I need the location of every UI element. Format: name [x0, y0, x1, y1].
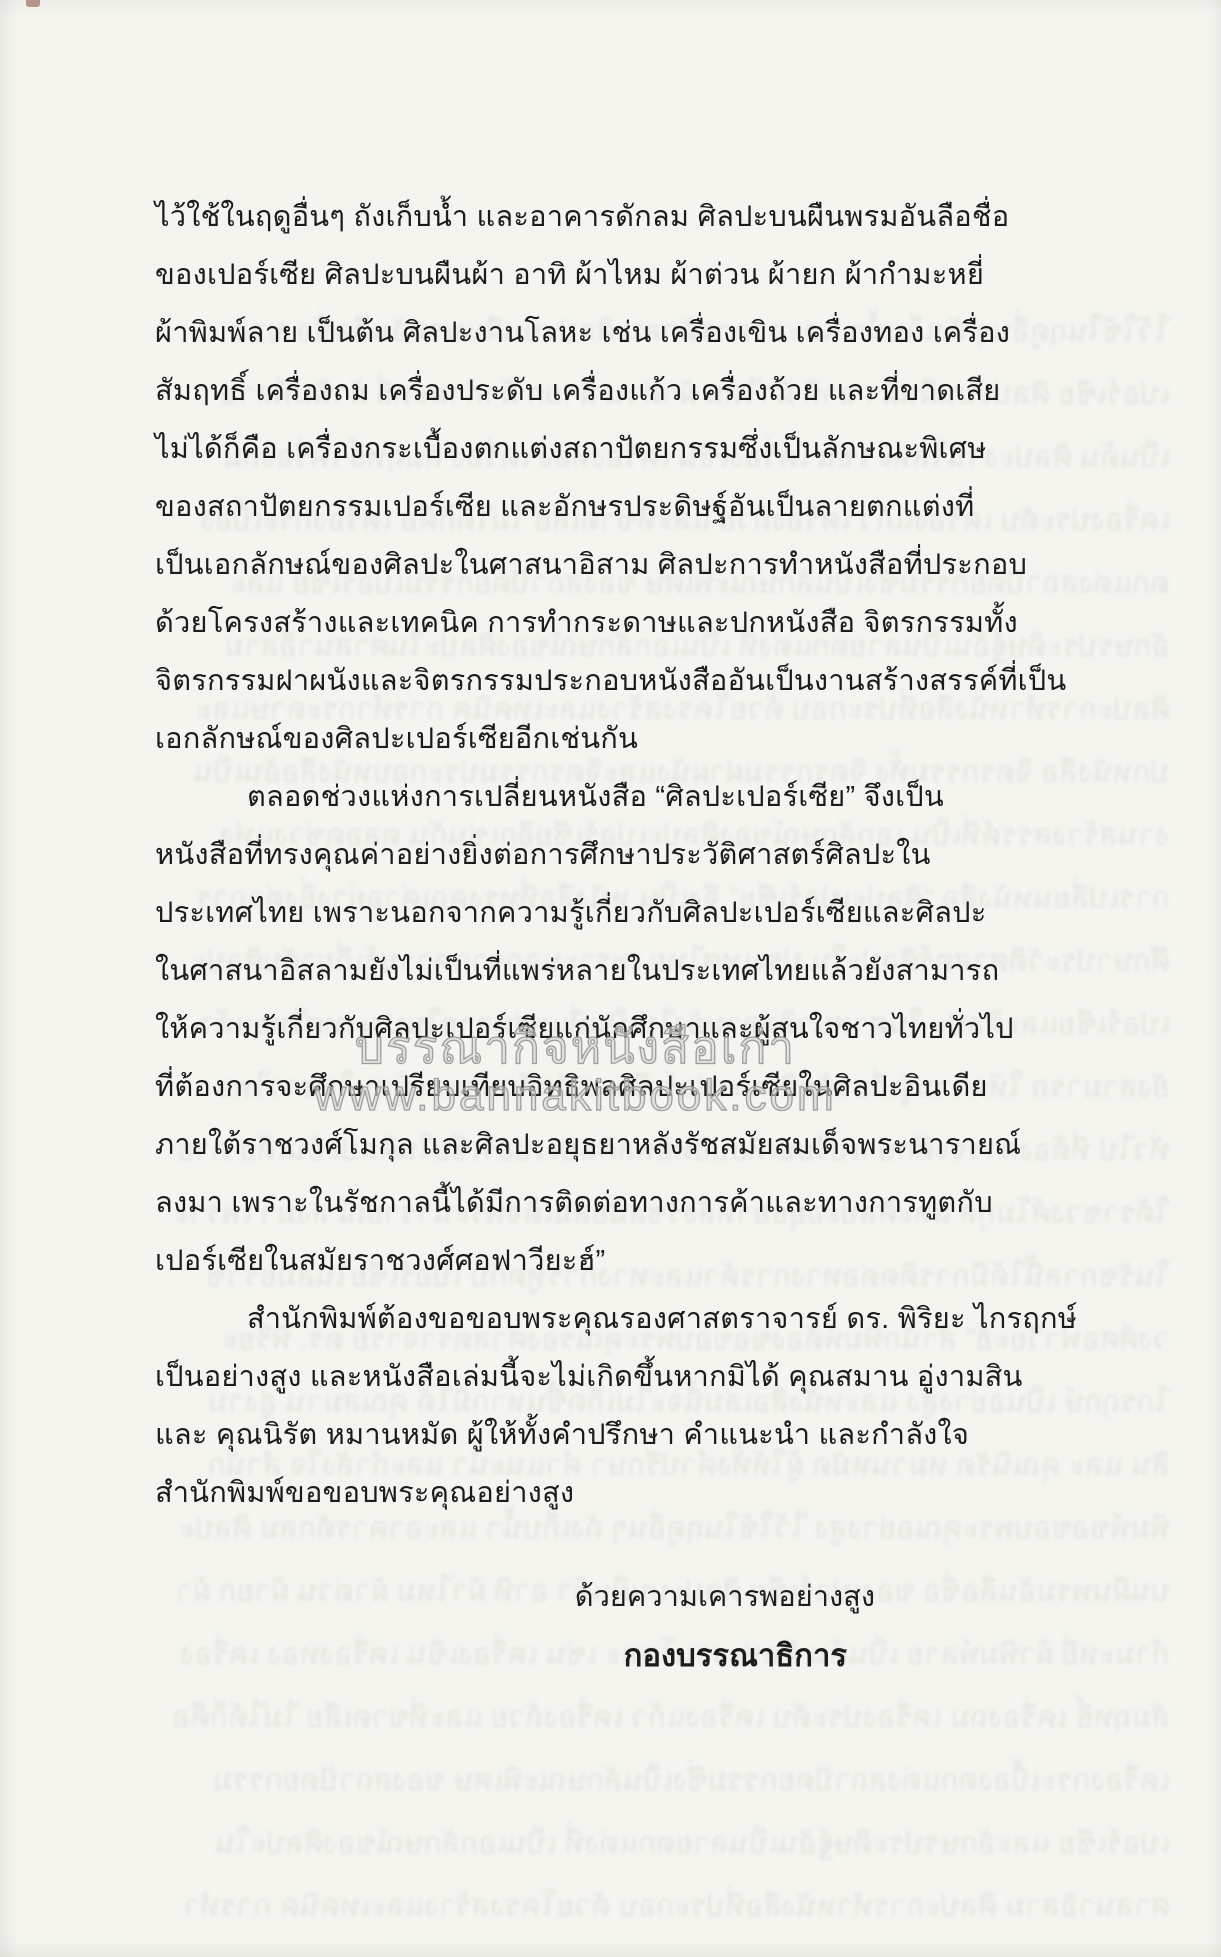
page-body: ไว้ใช้ในฤดูอื่นๆ ถังเก็บน้ำ และอาคารดักล… [155, 188, 935, 1686]
text-line: เปอร์เซียในสมัยราชวงศ์ศอฟาวียะฮ์” [155, 1232, 935, 1290]
scanned-book-page: { "page": { "paragraphs": [ { "indent": … [0, 0, 1221, 1957]
closing-salutation: ด้วยความเคารพอย่างสูง [155, 1568, 935, 1626]
text-line: หนังสือที่ทรงคุณค่าอย่างยิ่งต่อการศึกษาป… [155, 826, 935, 884]
text-line: ลงมา เพราะในรัชกาลนี้ได้มีการติดต่อทางกา… [155, 1174, 935, 1232]
text-line: ในศาสนาอิสลามยังไม่เป็นที่แพร่หลายในประเ… [155, 942, 935, 1000]
paragraph: ตลอดช่วงแห่งการเปลี่ยนหนังสือ “ศิลปะเปอร… [155, 768, 935, 1290]
text-line: ภายใต้ราชวงศ์โมกุล และศิลปะอยุธยาหลังรัช… [155, 1116, 935, 1174]
text-line: จิตรกรรมฝาผนังและจิตรกรรมประกอบหนังสืออั… [155, 652, 935, 710]
closing-block: ด้วยความเคารพอย่างสูง กองบรรณาธิการ [155, 1568, 935, 1686]
text-line: ด้วยโครงสร้างและเทคนิค การทำกระดาษและปกห… [155, 594, 935, 652]
text-line: เป็นเอกลักษณ์ของศิลปะในศาสนาอิสาม ศิลปะก… [155, 536, 935, 594]
text-line: ประเทศไทย เพราะนอกจากความรู้เกี่ยวกับศิล… [155, 884, 935, 942]
paragraph: ไว้ใช้ในฤดูอื่นๆ ถังเก็บน้ำ และอาคารดักล… [155, 188, 935, 768]
text-line: ตลอดช่วงแห่งการเปลี่ยนหนังสือ “ศิลปะเปอร… [155, 768, 935, 826]
text-line: เป็นอย่างสูง และหนังสือเล่มนี้จะไม่เกิดข… [155, 1348, 935, 1406]
paragraph: สำนักพิมพ์ต้องขอขอบพระคุณรองศาสตราจารย์ … [155, 1290, 935, 1522]
text-line: ไม่ได้ก็คือ เครื่องกระเบื้องตกแต่งสถาปัต… [155, 420, 935, 478]
text-line: ผ้าพิมพ์ลาย เป็นต้น ศิลปะงานโลหะ เช่น เค… [155, 304, 935, 362]
text-line: สัมฤทธิ์ เครื่องถม เครื่องประดับ เครื่อง… [155, 362, 935, 420]
text-line: ไว้ใช้ในฤดูอื่นๆ ถังเก็บน้ำ และอาคารดักล… [155, 188, 935, 246]
closing-signature: กองบรรณาธิการ [155, 1626, 935, 1686]
text-line: ของเปอร์เซีย ศิลปะบนผืนผ้า อาทิ ผ้าไหม ผ… [155, 246, 935, 304]
scan-corner-artifact [26, 0, 40, 7]
text-line: และ คุณนิรัต หมานหมัด ผู้ให้ทั้งคำปรึกษา… [155, 1406, 935, 1464]
text-line: สำนักพิมพ์ต้องขอขอบพระคุณรองศาสตราจารย์ … [155, 1290, 935, 1348]
text-line: เอกลักษณ์ของศิลปะเปอร์เซียอีกเช่นกัน [155, 710, 935, 768]
text-line: ที่ต้องการจะศึกษาเปรียบเทียบอิทธิพลศิลปะ… [155, 1058, 935, 1116]
text-line: ให้ความรู้เกี่ยวกับศิลปะเปอร์เซียแก่นักศ… [155, 1000, 935, 1058]
text-line: สำนักพิมพ์ขอขอบพระคุณอย่างสูง [155, 1464, 935, 1522]
text-line: ของสถาปัตยกรรมเปอร์เซีย และอักษรประดิษฐ์… [155, 478, 935, 536]
